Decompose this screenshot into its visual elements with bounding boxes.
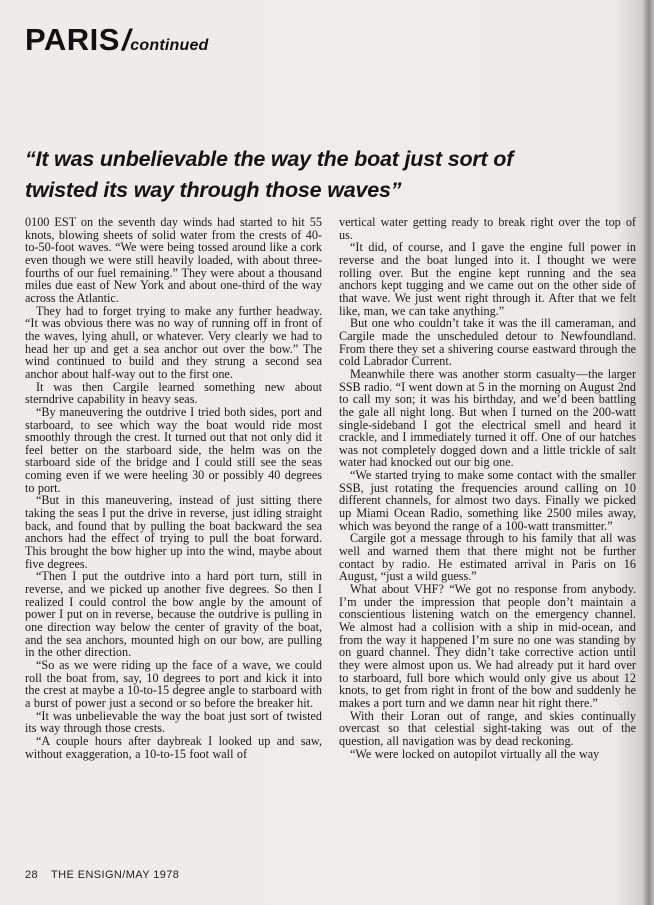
left-column: 0100 EST on the seventh day winds had st…: [25, 216, 322, 760]
paragraph: What about VHF? “We got no response from…: [339, 583, 636, 710]
right-column: vertical water getting ready to break ri…: [339, 216, 636, 760]
magazine-page: PARIS/continued “It was unbelievable the…: [0, 0, 654, 905]
page-footer: 28 THE ENSIGN/MAY 1978: [25, 869, 179, 881]
paragraph: “A couple hours after daybreak I looked …: [25, 735, 322, 760]
paragraph: “We started trying to make some contact …: [339, 469, 636, 532]
pull-quote: “It was unbelievable the way the boat ju…: [25, 144, 605, 206]
pull-quote-line-2: twisted its way through those waves”: [25, 175, 605, 206]
paragraph: Meanwhile there was another storm casual…: [339, 368, 636, 469]
paragraph: It was then Cargile learned something ne…: [25, 381, 322, 406]
paragraph: vertical water getting ready to break ri…: [339, 216, 636, 241]
paragraph: “But in this maneuvering, instead of jus…: [25, 494, 322, 570]
page-number: 28: [25, 869, 38, 881]
continued-label: continued: [130, 37, 208, 54]
page-header: PARIS/continued: [25, 22, 209, 58]
paragraph: “It was unbelievable the way the boat ju…: [25, 710, 322, 735]
paragraph: But one who couldn’t take it was the ill…: [339, 317, 636, 368]
paragraph: They had to forget trying to make any fu…: [25, 305, 322, 381]
pull-quote-line-1: “It was unbelievable the way the boat ju…: [25, 144, 605, 175]
section-title: PARIS: [25, 22, 120, 57]
paragraph: Cargile got a message through to his fam…: [339, 532, 636, 583]
paragraph: With their Loran out of range, and skies…: [339, 710, 636, 748]
paragraph: 0100 EST on the seventh day winds had st…: [25, 216, 322, 305]
paragraph: “It did, of course, and I gave the engin…: [339, 241, 636, 317]
paragraph: “So as we were riding up the face of a w…: [25, 659, 322, 710]
paragraph: “Then I put the outdrive into a hard por…: [25, 570, 322, 659]
paragraph: “By maneuvering the outdrive I tried bot…: [25, 406, 322, 495]
publication-name: THE ENSIGN/MAY 1978: [51, 869, 179, 881]
paragraph: “We were locked on autopilot virtually a…: [339, 748, 636, 761]
article-body: 0100 EST on the seventh day winds had st…: [25, 216, 636, 760]
